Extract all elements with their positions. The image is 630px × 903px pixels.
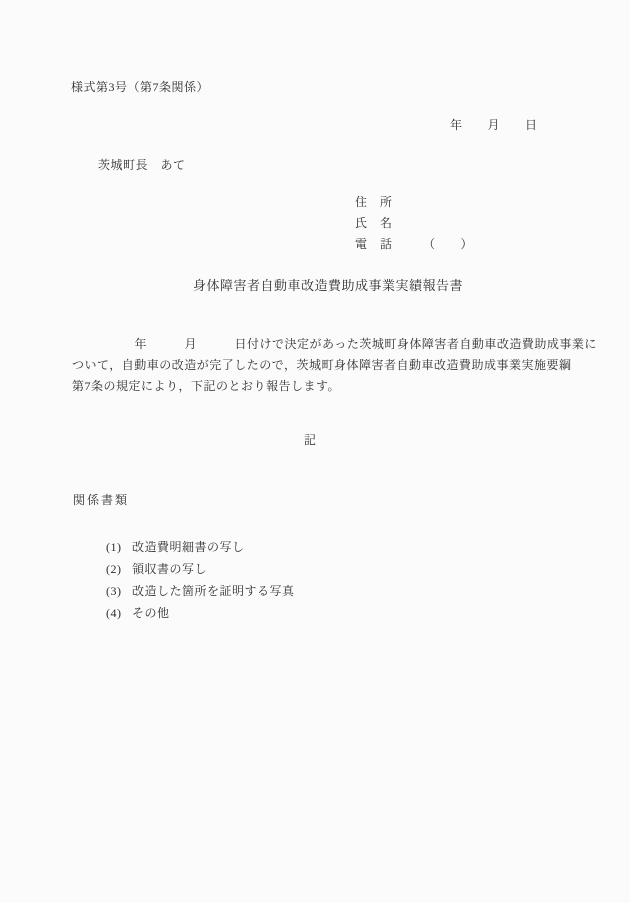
- sender-phone-label: 電 話: [355, 237, 393, 252]
- list-item: (4)その他: [92, 591, 170, 636]
- list-item-number: (4): [106, 606, 132, 621]
- related-documents-heading: 関係書類: [73, 493, 129, 508]
- addressee: 茨城町長 あて: [98, 158, 186, 173]
- sender-phone-parentheses: （ ）: [423, 237, 473, 252]
- list-item-text: その他: [132, 606, 170, 620]
- body-paragraph-line: 第7条の規定により，下記のとおり報告します。: [72, 379, 340, 394]
- sender-name-label: 氏 名: [355, 216, 393, 231]
- ki-section-marker: 記: [304, 433, 317, 448]
- form-number: 様式第3号（第7条関係）: [71, 80, 209, 95]
- document-title: 身体障害者自動車改造費助成事業実績報告書: [193, 278, 463, 293]
- body-paragraph-line: 年 月 日付けで決定があった茨城町身体障害者自動車改造費助成事業に: [72, 337, 597, 352]
- date-field: 年 月 日: [450, 118, 538, 133]
- body-paragraph-line: ついて，自動車の改造が完了したので，茨城町身体障害者自動車改造費助成事業実施要綱: [72, 358, 572, 373]
- document-page: 様式第3号（第7条関係） 年 月 日 茨城町長 あて 住 所 氏 名 電 話 （…: [0, 0, 630, 903]
- sender-address-label: 住 所: [355, 195, 393, 210]
